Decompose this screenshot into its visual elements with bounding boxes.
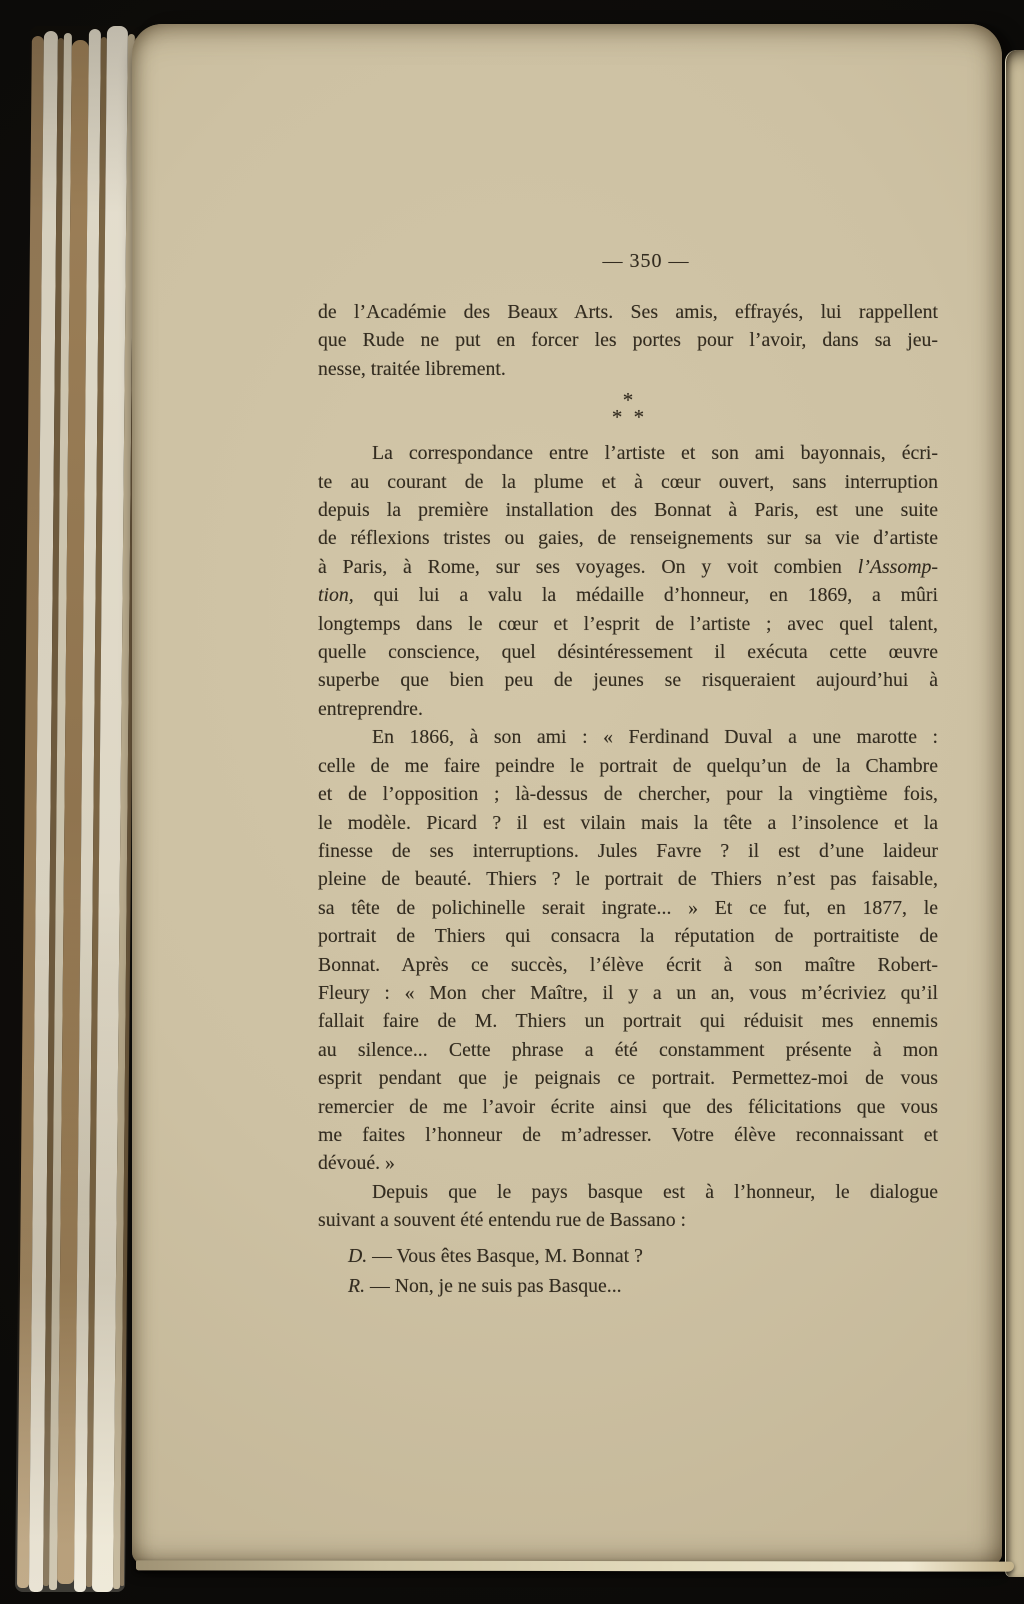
paragraph-correspondance: La correspondance entre l’artiste et son… — [318, 439, 938, 723]
page-edge-strip — [57, 40, 89, 1584]
page-text: de l’Académie des Beaux Arts. Ses amis, … — [318, 298, 938, 1302]
text-line: portrait de Thiers qui consacra la réput… — [318, 922, 938, 950]
dialogue-basque: D. — Vous êtes Basque, M. Bonnat ?R. — N… — [318, 1241, 938, 1302]
paragraph-pays-basque: Depuis que le pays basque est à l’honneu… — [318, 1178, 938, 1235]
text-line: celle de me faire peindre le portrait de… — [318, 752, 938, 780]
text-line: de réflexions tristes ou gaies, de rense… — [318, 524, 938, 552]
text-line: Fleury : « Mon cher Maître, il y a un an… — [318, 979, 938, 1007]
text-line: entreprendre. — [318, 695, 938, 723]
photo-background: — 350 — de l’Académie des Beaux Arts. Se… — [0, 0, 1024, 1604]
page-edge-strip — [74, 29, 101, 1592]
page-edge-strip — [29, 31, 58, 1592]
next-page-edge — [1005, 50, 1024, 1577]
text-line: à Paris, à Rome, sur ses voyages. On y v… — [318, 553, 938, 581]
text-line: superbe que bien peu de jeunes se risque… — [318, 666, 938, 694]
page-edge-strip — [43, 38, 64, 1586]
text-line: longtemps dans le cœur et l’esprit de l’… — [318, 610, 938, 638]
text-line: Bonnat. Après ce succès, l’élève écrit à… — [318, 951, 938, 979]
page-edge-strip — [17, 36, 44, 1588]
text-line: depuis la première installation des Bonn… — [318, 496, 938, 524]
text-line: D. — Vous êtes Basque, M. Bonnat ? — [318, 1241, 938, 1272]
paragraph-academie: de l’Académie des Beaux Arts. Ses amis, … — [318, 298, 938, 383]
book-page: — 350 — de l’Académie des Beaux Arts. Se… — [132, 24, 1002, 1564]
text-line: dévoué. » — [318, 1149, 938, 1177]
page-bottom-edge — [136, 1560, 1014, 1571]
text-line: tion, qui lui a valu la médaille d’honne… — [318, 581, 938, 609]
text-line: suivant a souvent été entendu rue de Bas… — [318, 1206, 938, 1234]
text-line: pleine de beauté. Thiers ? le portrait d… — [318, 865, 938, 893]
text-line: finesse de ses interruptions. Jules Favr… — [318, 837, 938, 865]
text-line: de l’Académie des Beaux Arts. Ses amis, … — [318, 298, 938, 326]
page-edge-strip — [92, 26, 128, 1592]
page-edge-strip — [86, 37, 107, 1587]
text-line: Depuis que le pays basque est à l’honneu… — [318, 1178, 938, 1206]
text-line: remercier de me l’avoir écrite ainsi que… — [318, 1093, 938, 1121]
text-line: au silence... Cette phrase a été constam… — [318, 1036, 938, 1064]
text-line: te au courant de la plume et à cœur ouve… — [318, 468, 938, 496]
asterism-divider: ** * — [318, 392, 938, 426]
text-line: fallait faire de M. Thiers un portrait q… — [318, 1007, 938, 1035]
text-line: nesse, traitée librement. — [318, 355, 938, 383]
text-line: me faites l’honneur de m’adresser. Votre… — [318, 1121, 938, 1149]
book-page-edges — [15, 26, 140, 1592]
paragraph-1866-lettre: En 1866, à son ami : « Ferdinand Duval a… — [318, 723, 938, 1178]
text-line: et de l’opposition ; là-dessus de cherch… — [318, 780, 938, 808]
text-line: esprit pendant que je peignais ce portra… — [318, 1064, 938, 1092]
text-line: quelle conscience, quel désintéressement… — [318, 638, 938, 666]
page-edge-strip — [49, 33, 72, 1590]
text-line: le modèle. Picard ? il est vilain mais l… — [318, 809, 938, 837]
text-line: sa tête de polichinelle serait ingrate..… — [318, 894, 938, 922]
text-line: R. — Non, je ne suis pas Basque... — [318, 1271, 938, 1302]
text-line: En 1866, à son ami : « Ferdinand Duval a… — [318, 723, 938, 751]
text-line: que Rude ne put en forcer les portes pou… — [318, 326, 938, 354]
text-line: La correspondance entre l’artiste et son… — [318, 439, 938, 467]
page-number: — 350 — — [318, 250, 938, 273]
